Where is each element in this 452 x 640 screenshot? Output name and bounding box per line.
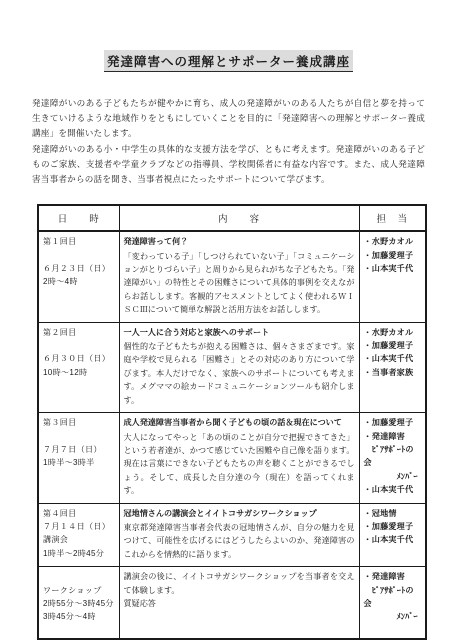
session-title: 冠地情さんの講演会とイイトコサガシワークショップ — [124, 507, 355, 520]
table-row: 第１回目 ６月２３日（日） 2時～4時発達障害って何？「変わっている子」「しつけ… — [38, 231, 426, 322]
session-body: 講演会の後に、イイトコサガシワークショップを当事者を交えて体験します。 質疑応答 — [124, 570, 355, 610]
table-row: 第３回目 ７月７日（日） 1時半～3時半成人発達障害当事者から聞く子どもの頃の話… — [38, 413, 426, 503]
header-content: 内 容 — [119, 205, 359, 231]
title-wrap: 発達障害への理解とサポーター養成講座 — [32, 50, 425, 72]
session-datetime: 第３回目 ７月７日（日） 1時半～3時半 — [38, 413, 119, 503]
session-content: 一人一人に合う対応と家族へのサポート個性的な子どもたちが抱える困難さは、個々さま… — [119, 322, 359, 412]
session-datetime: ワークショップ 2時55分～3時45分 3時45分～4時 — [38, 567, 119, 639]
schedule-table-header: 日 時 内 容 担 当 — [38, 205, 426, 231]
intro-paragraph-1: 発達障がいのある子どもたちが健やかに育ち、成人の発達障がいのある人たちが自信と夢… — [32, 96, 425, 142]
session-body: 大人になってやっと「あの頃のことが自分で把握できてきた」という若者達が、かつて感… — [124, 431, 355, 498]
session-title: 成人発達障害当事者から聞く子どもの頃の話＆現在について — [124, 416, 355, 429]
session-staff: ・発達障害 ﾋﾟｱｻﾎﾟｰﾄの会 ﾒﾝﾊﾞｰ — [359, 567, 426, 639]
session-body: 個性的な子どもたちが抱える困難さは、個々さまざまです。家庭や学校で見られる「困難… — [124, 340, 355, 407]
session-datetime: 第４回目 ７月１４日（日） 講演会 1時半～2時45分 — [38, 503, 119, 567]
session-content: 冠地情さんの講演会とイイトコサガシワークショップ東京都発達障害当事者会代表の冠地… — [119, 503, 359, 567]
document-page: 発達障害への理解とサポーター養成講座 発達障がいのある子どもたちが健やかに育ち、… — [0, 0, 452, 640]
session-title: 一人一人に合う対応と家族へのサポート — [124, 326, 355, 339]
table-row: ワークショップ 2時55分～3時45分 3時45分～4時講演会の後に、イイトコサ… — [38, 567, 426, 639]
session-body: 「変わっている子」「しつけられていない子」「コミュニケーションがとりづらい子」と… — [124, 250, 355, 317]
table-row: 第４回目 ７月１４日（日） 講演会 1時半～2時45分冠地情さんの講演会とイイト… — [38, 503, 426, 567]
session-body: 東京都発達障害当事者会代表の冠地情さんが、自分の魅力を見つけて、可能性を広げるに… — [124, 521, 355, 561]
session-staff: ・水野カオル ・加藤愛理子 ・山本実千代 — [359, 231, 426, 322]
schedule-table: 日 時 内 容 担 当 第１回目 ６月２３日（日） 2時～4時発達障害って何？「… — [37, 204, 427, 639]
session-staff: ・冠地情 ・加藤愛理子 ・山本実千代 — [359, 503, 426, 567]
header-datetime: 日 時 — [38, 205, 119, 231]
session-datetime: 第１回目 ６月２３日（日） 2時～4時 — [38, 231, 119, 322]
session-title: 発達障害って何？ — [124, 235, 355, 248]
intro-text: 発達障がいのある子どもたちが健やかに育ち、成人の発達障がいのある人たちが自信と夢… — [32, 96, 425, 187]
header-row: 日 時 内 容 担 当 — [38, 205, 426, 231]
session-content: 発達障害って何？「変わっている子」「しつけられていない子」「コミュニケーションが… — [119, 231, 359, 322]
schedule-table-body: 第１回目 ６月２３日（日） 2時～4時発達障害って何？「変わっている子」「しつけ… — [38, 231, 426, 638]
session-content: 成人発達障害当事者から聞く子どもの頃の話＆現在について大人になってやっと「あの頃… — [119, 413, 359, 503]
header-staff: 担 当 — [359, 205, 426, 231]
session-staff: ・加藤愛理子 ・発達障害 ﾋﾟｱｻﾎﾟｰﾄの会 ﾒﾝﾊﾞｰ ・山本実千代 — [359, 413, 426, 503]
session-datetime: 第２回目 ６月３０日（日） 10時～12時 — [38, 322, 119, 412]
intro-paragraph-2: 発達障がいのある小・中学生の具体的な支援方法を学び、ともに考えます。発達障がいの… — [32, 142, 425, 188]
session-content: 講演会の後に、イイトコサガシワークショップを当事者を交えて体験します。 質疑応答 — [119, 567, 359, 639]
page-title: 発達障害への理解とサポーター養成講座 — [104, 50, 353, 72]
session-staff: ・水野カオル ・加藤愛理子 ・山本実千代 ・当事者家族 — [359, 322, 426, 412]
table-row: 第２回目 ６月３０日（日） 10時～12時一人一人に合う対応と家族へのサポート個… — [38, 322, 426, 412]
